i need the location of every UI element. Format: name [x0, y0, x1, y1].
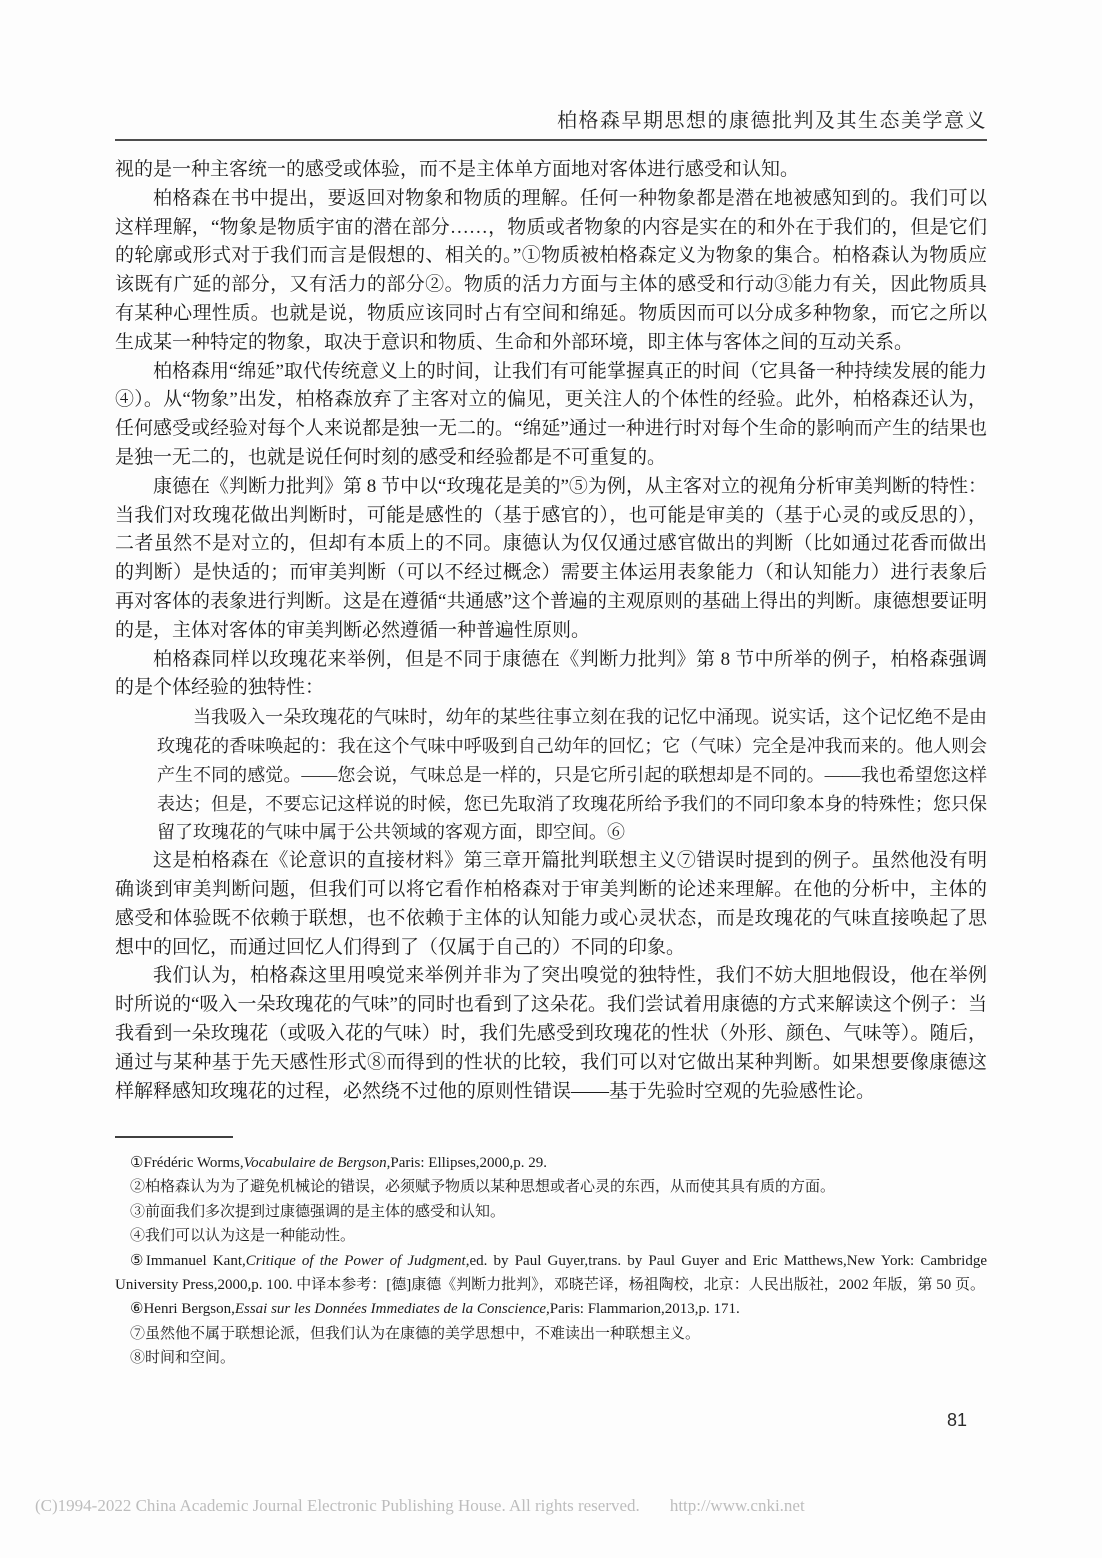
footnote-text: ,Paris: Flammarion,2013,p. 171.	[546, 1301, 740, 1317]
footnote-item: ③前面我们多次提到过康德强调的是主体的感受和认知。	[115, 1200, 987, 1224]
paragraph: 康德在《判断力批判》第 8 节中以“玫瑰花是美的”⑤为例，从主客对立的视角分析审…	[115, 473, 987, 646]
footnote-item: ②柏格森认为为了避免机械论的错误，必须赋予物质以某种思想或者心灵的东西，从而使其…	[115, 1175, 987, 1199]
footnote-text: ,Paris: Ellipses,2000,p. 29.	[387, 1155, 547, 1171]
footnotes-section: ①Frédéric Worms,Vocabulaire de Bergson,P…	[115, 1151, 987, 1371]
paragraph-continuation: 视的是一种主客统一的感受或体验，而不是主体单方面地对客体进行感受和认知。	[115, 156, 987, 185]
footnote-book-title: Vocabulaire de Bergson	[244, 1155, 387, 1171]
paragraph: 柏格森用“绵延”取代传统意义上的时间，让我们有可能掌握真正的时间（它具备一种持续…	[115, 358, 987, 473]
footnote-item: ⑦虽然他不属于联想论派，但我们认为在康德的美学思想中，不难读出一种联想主义。	[115, 1322, 987, 1346]
footnote-text: ①Frédéric Worms,	[130, 1155, 244, 1171]
article-body: 视的是一种主客统一的感受或体验，而不是主体单方面地对客体进行感受和认知。 柏格森…	[115, 156, 987, 1106]
footnote-text: ⑥Henri Bergson,	[130, 1301, 235, 1317]
copyright-text: (C)1994-2022 China Academic Journal Elec…	[35, 1496, 640, 1515]
footnote-text: ⑤Immanuel Kant,	[130, 1253, 246, 1269]
block-quote: 当我吸入一朵玫瑰花的气味时，幼年的某些往事立刻在我的记忆中涌现。说实话，这个记忆…	[115, 703, 987, 847]
footnote-item: ⑤Immanuel Kant,Critique of the Power of …	[115, 1249, 987, 1298]
footnote-item: ⑧时间和空间。	[115, 1346, 987, 1370]
footnote-item: ④我们可以认为这是一种能动性。	[115, 1224, 987, 1248]
footer-url: http://www.cnki.net	[670, 1496, 805, 1515]
running-title: 柏格森早期思想的康德批判及其生态美学意义	[115, 104, 987, 133]
paragraph: 柏格森在书中提出，要返回对物象和物质的理解。任何一种物象都是潜在地被感知到的。我…	[115, 185, 987, 358]
paragraph: 我们认为，柏格森这里用嗅觉来举例并非为了突出嗅觉的独特性，我们不妨大胆地假设，他…	[115, 962, 987, 1106]
footnote-item: ⑥Henri Bergson,Essai sur les Données Imm…	[115, 1297, 987, 1321]
footer-watermark: (C)1994-2022 China Academic Journal Elec…	[35, 1496, 1075, 1516]
footnote-book-title: Critique of the Power of Judgment	[246, 1253, 466, 1269]
footnote-book-title: Essai sur les Données Immediates de la C…	[235, 1301, 546, 1317]
page-number: 81	[115, 1410, 967, 1431]
header-rule	[115, 139, 987, 141]
paragraph: 柏格森同样以玫瑰花来举例，但是不同于康德在《判断力批判》第 8 节中所举的例子，…	[115, 646, 987, 704]
paragraph: 这是柏格森在《论意识的直接材料》第三章开篇批判联想主义⑦错误时提到的例子。虽然他…	[115, 847, 987, 962]
footnote-text: ④我们可以认为这是一种能动性。	[130, 1228, 355, 1244]
footnote-text: ⑦虽然他不属于联想论派，但我们认为在康德的美学思想中，不难读出一种联想主义。	[130, 1326, 700, 1342]
footnote-text: ③前面我们多次提到过康德强调的是主体的感受和认知。	[130, 1204, 505, 1220]
footnote-text: ②柏格森认为为了避免机械论的错误，必须赋予物质以某种思想或者心灵的东西，从而使其…	[130, 1179, 835, 1195]
footnote-text: ⑧时间和空间。	[130, 1350, 235, 1366]
footnote-item: ①Frédéric Worms,Vocabulaire de Bergson,P…	[115, 1151, 987, 1175]
journal-page: 柏格森早期思想的康德批判及其生态美学意义 视的是一种主客统一的感受或体验，而不是…	[0, 0, 1102, 1558]
footnote-separator	[115, 1136, 233, 1138]
